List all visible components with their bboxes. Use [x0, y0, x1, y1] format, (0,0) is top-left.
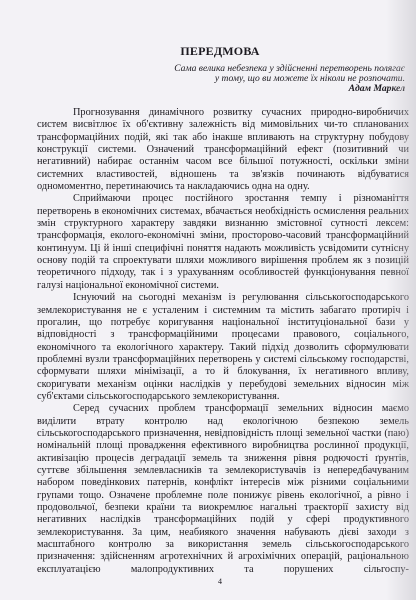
page-title: ПЕРЕДМОВА	[0, 44, 416, 59]
paragraph: Існуючий на сьогодні механізм із регулюв…	[37, 292, 409, 403]
paragraph: Серед сучасних проблем трансформації зем…	[37, 403, 409, 576]
epigraph: Сама велика небезпека у здійсненні перет…	[105, 64, 405, 95]
body-text: Прогнозування динамічного розвитку сучас…	[37, 107, 409, 576]
epigraph-author: Адам Маркел	[105, 84, 405, 94]
paragraph: Прогнозування динамічного розвитку сучас…	[37, 107, 409, 193]
paragraph: Сприймаючи процес постійного зростання т…	[37, 193, 409, 292]
page-number: 4	[0, 577, 416, 586]
